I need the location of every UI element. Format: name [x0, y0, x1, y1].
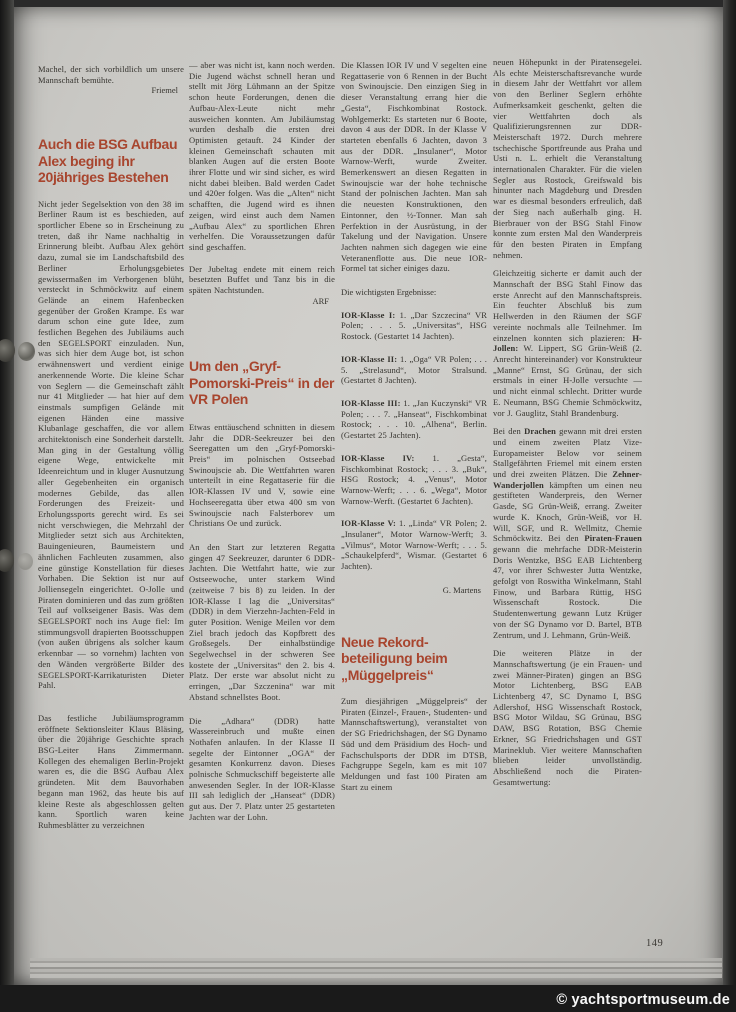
article-gryf-adhara: Die „Adhara“ (DDR) hatte Wassereinbruch … — [189, 716, 335, 823]
results-lead: Die wichtigsten Ergebnisse: — [341, 287, 487, 298]
article-aufbau-alex-body: Nicht jeder Segelsektion von den 38 im B… — [38, 199, 184, 691]
column-2: — aber was nicht ist, kann noch werden. … — [189, 60, 335, 944]
article-gryf-intro: Etwas enttäuschend schnitten in diesem J… — [189, 422, 335, 529]
article-mueggelpreis-continued: neuen Höhepunkt in der Piratensegelei. A… — [493, 57, 642, 260]
column-4: neuen Höhepunkt in der Piratensegelei. A… — [493, 57, 642, 947]
result-ior-klasse-4: IOR-Klasse IV: 1. „Gesta“, Fischkombinat… — [341, 453, 487, 507]
headline-aufbau-alex: Auch die BSG Aufbau Alex beging ihr 20jä… — [38, 136, 184, 186]
binding-shadow — [0, 0, 14, 986]
result-ior-klasse-3: IOR-Klasse III: 1. „Jan Kuczynski“ VR Po… — [341, 398, 487, 441]
page-number: 149 — [646, 938, 663, 949]
result-ior-klasse-5: IOR-Klasse V: 1. „Linda“ VR Polen; 2. „I… — [341, 518, 487, 572]
column-1: Machel, der sich vorbildlich um unsere M… — [38, 64, 184, 944]
article-mueggelpreis-drachen: Bei den Drachen gewann mit drei ersten u… — [493, 426, 642, 640]
article-gryf-regatta: An den Start zur letzteren Regatta ginge… — [189, 542, 335, 703]
headline-gryf-pomorski: Um den „Gryf-Pomorski-Preis“ in der VR P… — [189, 358, 335, 408]
result-ior-klasse-1: IOR-Klasse I: 1. „Dar Szczecina“ VR Pole… — [341, 310, 487, 342]
article-mueggelpreis-mannschaft: Die weiteren Plätze in der Mannschaftswe… — [493, 648, 642, 787]
author-signature: ARF — [189, 296, 335, 307]
page-stack-edge — [30, 958, 722, 978]
author-signature: Friemel — [38, 85, 184, 96]
article-mueggelpreis-hjollen: Gleichzeitig sicherte er damit auch der … — [493, 268, 642, 418]
article-aufbau-alex-continued: — aber was nicht ist, kann noch werden. … — [189, 60, 335, 253]
punch-hole-icon — [18, 342, 35, 361]
column-3: Die Klassen IOR IV und V segelten eine R… — [341, 60, 487, 946]
page-right-edge — [723, 0, 736, 1012]
punch-hole-icon — [18, 553, 33, 570]
scanner-background: Machel, der sich vorbildlich um unsere M… — [0, 0, 736, 1012]
article-aufbau-alex-body2: Das festliche Jubiläumsprogramm eröffnet… — [38, 713, 184, 831]
article-mueggelpreis-intro: Zum diesjährigen „Müggelpreis“ der Pirat… — [341, 696, 487, 792]
article-jubeltag: Der Jubeltag endete mit einem reich bese… — [189, 264, 335, 296]
author-signature: G. Martens — [341, 585, 487, 596]
watermark-text: © yachtsportmuseum.de — [556, 992, 730, 1008]
article-machel-ending: Machel, der sich vorbildlich um unsere M… — [38, 64, 184, 85]
headline-mueggelpreis: Neue Rekord-beteiligung beim „Müggelprei… — [341, 634, 487, 684]
article-gryf-klassen: Die Klassen IOR IV und V segelten eine R… — [341, 60, 487, 274]
result-ior-klasse-2: IOR-Klasse II: 1. „Oga“ VR Polen; . . . … — [341, 354, 487, 386]
